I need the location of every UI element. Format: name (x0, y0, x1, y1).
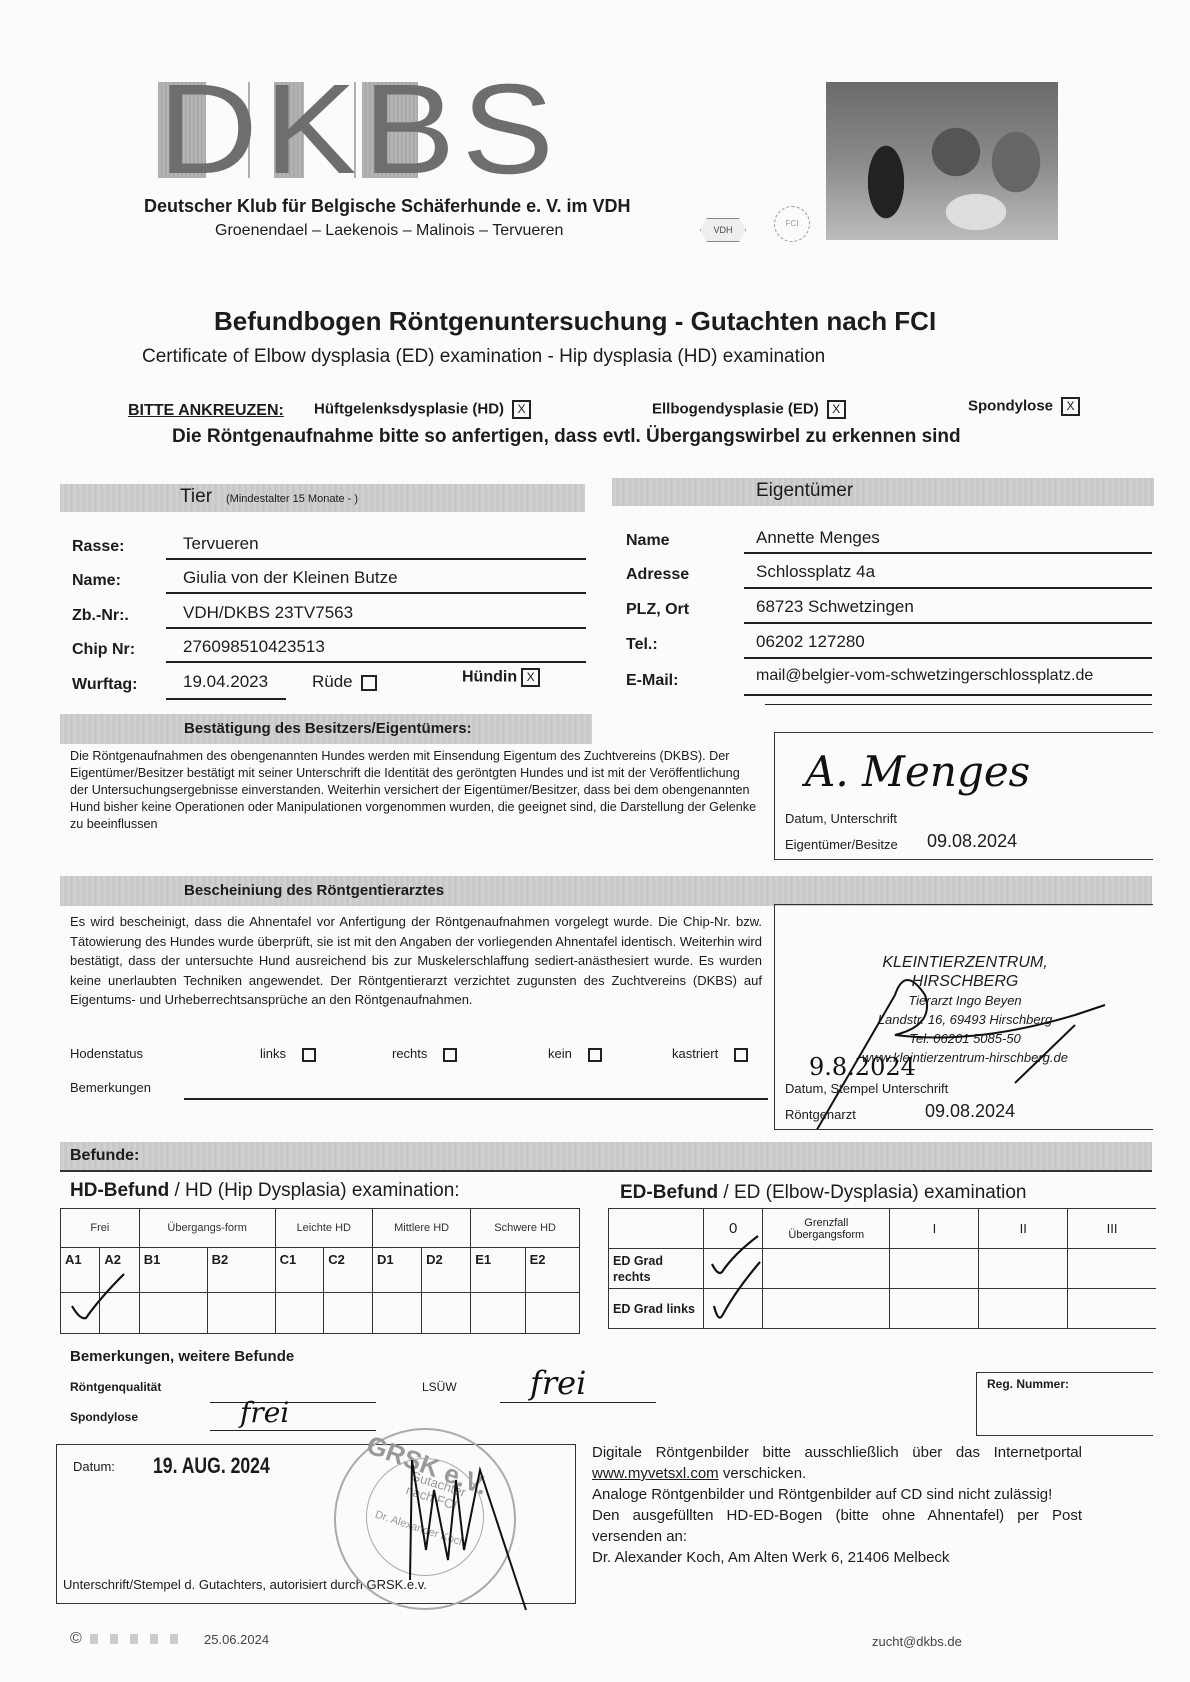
hd-group-frei: Frei (61, 1209, 140, 1248)
hd-group-leicht: Leichte HD (275, 1209, 372, 1248)
bescheinigung-text: Es wird bescheinigt, dass die Ahnentafel… (70, 912, 762, 1010)
vet-sig-label: Datum, Stempel Unterschrift (785, 1081, 948, 1096)
hoden-kastriert-label: kastriert (672, 1046, 718, 1061)
ed-option-label: Ellbogendysplasie (ED) (652, 400, 819, 417)
instruction-note: Die Röntgenaufnahme bitte so anfertigen,… (172, 426, 961, 448)
eigentuemer-title: Eigentümer (756, 480, 853, 502)
ed-row-links-label: ED Grad links (609, 1289, 704, 1329)
tel-value[interactable]: 06202 127280 (756, 632, 865, 652)
owner-sig-label2: Eigentümer/Besitze (785, 837, 898, 852)
roentgenqualitaet-label: Röntgenqualität (70, 1380, 161, 1394)
bestaetigung-text: Die Röntgenaufnahmen des obengenannten H… (70, 748, 760, 833)
hd-grade-b2: B2 (207, 1248, 275, 1293)
ed-col-2: II (979, 1209, 1068, 1249)
hd-grade-c1: C1 (275, 1248, 324, 1293)
zb-nr-value[interactable]: VDH/DKBS 23TV7563 (183, 603, 353, 623)
ed-title-bold: ED-Befund (620, 1182, 718, 1203)
hd-cell-b2[interactable] (207, 1293, 275, 1334)
hoden-links[interactable]: links (260, 1046, 316, 1062)
hd-cell-c1[interactable] (275, 1293, 324, 1334)
ed-col-1: I (890, 1209, 979, 1249)
ed-links-cell-grenzfall[interactable] (763, 1289, 890, 1329)
spondylose-option-label: Spondylose (968, 397, 1053, 414)
ed-row-rechts-label: ED Grad rechts (609, 1249, 704, 1289)
email-value[interactable]: mail@belgier-vom-schwetzingerschlossplat… (756, 667, 1093, 685)
ed-links-cell-3[interactable] (1068, 1289, 1156, 1329)
ruede-checkbox[interactable] (361, 675, 377, 691)
owner-signature: A. Menges (805, 747, 1030, 796)
hd-group-mittel: Mittlere HD (372, 1209, 470, 1248)
owner-sig-label: Datum, Unterschrift (785, 811, 897, 826)
myvetsxl-link[interactable]: www.myvetsxl.com (592, 1465, 719, 1482)
bescheinigung-title: Bescheiniung des Röntgentierarztes (184, 882, 444, 899)
ed-rechts-cell-3[interactable] (1068, 1249, 1156, 1289)
hd-cell-b1[interactable] (139, 1293, 207, 1334)
bemerkungen-label: Bemerkungen (70, 1080, 151, 1095)
plz-ort-label: PLZ, Ort (626, 601, 689, 619)
tier-title: Tier (180, 486, 212, 508)
hoden-rechts-checkbox[interactable] (443, 1048, 457, 1062)
dog-name-value[interactable]: Giulia von der Kleinen Butze (183, 568, 398, 588)
ed-links-cell-2[interactable] (979, 1289, 1068, 1329)
ed-rechts-cell-2[interactable] (979, 1249, 1068, 1289)
hoden-rechts-label: rechts (392, 1046, 427, 1061)
ed-option[interactable]: Ellbogendysplasie (ED)X (652, 400, 846, 419)
hd-grade-e1: E1 (471, 1248, 525, 1293)
vdh-logo-icon: VDH (700, 218, 746, 242)
ed-rechts-cell-1[interactable] (890, 1249, 979, 1289)
bestaetigung-title: Bestätigung des Besitzers/Eigentümers: (184, 720, 472, 737)
owner-sig-date: 09.08.2024 (927, 831, 1017, 852)
hd-option-label: Hüftgelenksdysplasie (HD) (314, 400, 504, 417)
hd-checkmark-icon (66, 1268, 136, 1328)
hd-group-schwer: Schwere HD (471, 1209, 580, 1248)
bescheinigung-header: Bescheiniung des Röntgentierarztes (60, 876, 1152, 906)
hd-grade-d2: D2 (422, 1248, 471, 1293)
gutachter-signature (390, 1440, 530, 1620)
vet-signature-box[interactable]: KLEINTIERZENTRUM, HIRSCHBERG Tierarzt In… (774, 904, 1153, 1130)
dkbs-logo: DKBS (158, 82, 628, 178)
ed-links-cell-1[interactable] (890, 1289, 979, 1329)
vet-sig-label2: Röntgenarzt (785, 1107, 856, 1122)
ed-title: ED-Befund / ED (Elbow-Dysplasia) examina… (620, 1182, 1027, 1204)
hd-cell-e2[interactable] (525, 1293, 579, 1334)
tier-header: Tier (Mindestalter 15 Monate - ) (60, 484, 585, 512)
hd-grade-e2: E2 (525, 1248, 579, 1293)
hd-checkbox[interactable]: X (512, 400, 531, 419)
footer-email[interactable]: zucht@dkbs.de (872, 1634, 962, 1649)
hd-title-bold: HD-Befund (70, 1180, 169, 1201)
wurftag-value[interactable]: 19.04.2023 (183, 672, 268, 692)
plz-ort-value[interactable]: 68723 Schwetzingen (756, 597, 914, 617)
hd-cell-d1[interactable] (372, 1293, 421, 1334)
info-line1: Digitale Röntgenbilder bitte ausschließl… (592, 1444, 1082, 1461)
page-subtitle: Certificate of Elbow dysplasia (ED) exam… (142, 346, 825, 368)
hoden-kastriert[interactable]: kastriert (672, 1046, 748, 1062)
huendin-checkbox[interactable]: X (521, 668, 540, 687)
ruede-label: Rüde (312, 672, 353, 691)
logo-text: DKBS (158, 62, 560, 198)
ed-checkmark-icon (708, 1232, 778, 1332)
gutachter-datum-value: 19. AUG. 2024 (153, 1453, 270, 1479)
hoden-kastriert-checkbox[interactable] (734, 1048, 748, 1062)
eigentuemer-header: Eigentümer (612, 478, 1154, 506)
vet-handwritten-date: 9.8.2024 (809, 1053, 916, 1081)
hd-cell-e1[interactable] (471, 1293, 525, 1334)
bemerkungen-title: Bemerkungen, weitere Befunde (70, 1348, 294, 1365)
tier-title-note: (Mindestalter 15 Monate - ) (226, 493, 358, 505)
hoden-rechts[interactable]: rechts (392, 1046, 457, 1062)
copyright-icon: © (70, 1630, 82, 1648)
gutachter-datum-label: Datum: (73, 1459, 115, 1474)
hoden-links-checkbox[interactable] (302, 1048, 316, 1062)
owner-signature-box[interactable]: A. Menges Datum, Unterschrift Eigentümer… (774, 732, 1153, 860)
blurred-copyright-owner (90, 1634, 186, 1644)
chip-nr-value[interactable]: 276098510423513 (183, 637, 325, 657)
hoden-kein-label: kein (548, 1046, 572, 1061)
ed-col-grenzfall: Grenzfall Übergangsform (763, 1209, 890, 1249)
info-line4: Dr. Alexander Koch, Am Alten Werk 6, 214… (592, 1547, 1082, 1568)
roentgenqualitaet-input[interactable] (210, 1402, 376, 1403)
lsuew-label: LSÜW (422, 1380, 457, 1394)
zb-nr-label: Zb.-Nr:. (72, 607, 129, 625)
info-line2: Analoge Röntgenbilder und Röntgenbilder … (592, 1484, 1082, 1505)
huendin-option[interactable]: HündinX (462, 668, 540, 687)
adresse-value[interactable]: Schlossplatz 4a (756, 562, 875, 582)
ed-rechts-cell-grenzfall[interactable] (763, 1249, 890, 1289)
hd-title-rest: / HD (Hip Dysplasia) examination: (169, 1180, 459, 1201)
bemerkungen-input[interactable] (184, 1098, 768, 1100)
spondylose-label: Spondylose (70, 1410, 138, 1424)
hoden-kein[interactable]: kein (548, 1046, 602, 1062)
ed-title-rest: / ED (Elbow-Dysplasia) examination (718, 1182, 1026, 1203)
hd-option[interactable]: Hüftgelenksdysplasie (HD)X (314, 400, 531, 419)
rasse-label: Rasse: (72, 538, 124, 556)
breeds: Groenendael – Laekenois – Malinois – Ter… (215, 222, 563, 240)
hd-title: HD-Befund / HD (Hip Dysplasia) examinati… (70, 1180, 460, 1202)
footer-date: 25.06.2024 (204, 1632, 269, 1647)
huendin-label: Hündin (462, 669, 517, 686)
bestaetigung-header: Bestätigung des Besitzers/Eigentümers: (60, 714, 592, 744)
info-line3: Den ausgefüllten HD-ED-Bogen (bitte ohne… (592, 1505, 1082, 1547)
reg-nummer-label: Reg. Nummer: (987, 1377, 1069, 1391)
spondylose-value[interactable]: frei (240, 1396, 289, 1429)
spondylose-checkbox[interactable]: X (1061, 397, 1080, 416)
hoden-kein-checkbox[interactable] (588, 1048, 602, 1062)
owner-name-value[interactable]: Annette Menges (756, 528, 880, 548)
spondylose-option[interactable]: SpondyloseX (968, 397, 1080, 416)
dogs-image (826, 82, 1058, 240)
reg-nummer-box[interactable]: Reg. Nummer: (976, 1372, 1153, 1436)
club-name: Deutscher Klub für Belgische Schäferhund… (144, 196, 630, 217)
hodenstatus-label: Hodenstatus (70, 1046, 143, 1061)
ed-col-3: III (1068, 1209, 1156, 1249)
adresse-label: Adresse (626, 566, 689, 584)
hd-cell-d2[interactable] (422, 1293, 471, 1334)
info-line1b: verschicken. (719, 1465, 807, 1482)
hoden-links-label: links (260, 1046, 286, 1061)
hd-grade-b1: B1 (139, 1248, 207, 1293)
rasse-value[interactable]: Tervueren (183, 534, 259, 554)
tel-label: Tel.: (626, 636, 658, 654)
ed-table: 0 Grenzfall Übergangsform I II III ED Gr… (608, 1208, 1156, 1329)
befunde-header: Befunde: (60, 1142, 1152, 1172)
page-title: Befundbogen Röntgenuntersuchung - Gutach… (214, 306, 936, 337)
owner-name-label: Name (626, 532, 670, 550)
hd-table: Frei Übergangs-form Leichte HD Mittlere … (60, 1208, 580, 1334)
chip-nr-label: Chip Nr: (72, 641, 135, 659)
info-block: Digitale Röntgenbilder bitte ausschließl… (592, 1442, 1082, 1568)
hd-grade-d1: D1 (372, 1248, 421, 1293)
hd-grade-c2: C2 (324, 1248, 373, 1293)
ed-checkbox[interactable]: X (827, 400, 846, 419)
befunde-title: Befunde: (70, 1147, 139, 1165)
ankreuzen-label: BITTE ANKREUZEN: (128, 402, 284, 420)
lsuew-value[interactable]: frei (530, 1364, 586, 1402)
vet-sig-date: 09.08.2024 (925, 1101, 1015, 1122)
fci-logo-icon: FCI (774, 206, 810, 242)
name-label: Name: (72, 572, 121, 590)
email-label: E-Mail: (626, 672, 678, 690)
ruede-option[interactable]: Rüde (312, 672, 377, 692)
hd-cell-c2[interactable] (324, 1293, 373, 1334)
hd-group-uebergang: Übergangs-form (139, 1209, 275, 1248)
wurftag-label: Wurftag: (72, 676, 137, 694)
